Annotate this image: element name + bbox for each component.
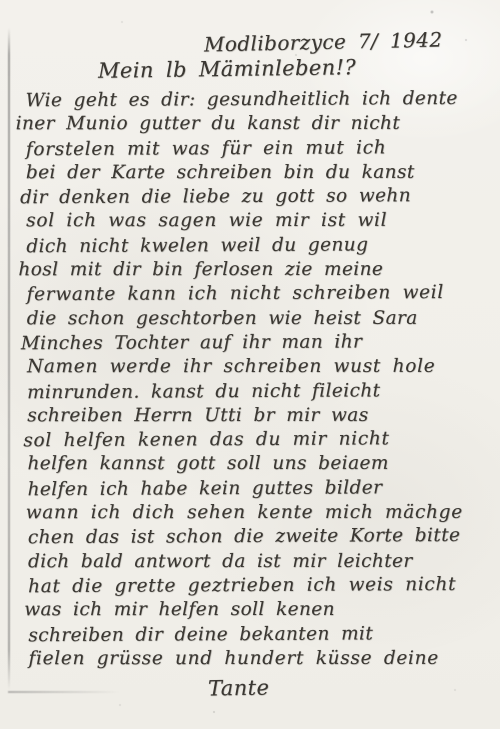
letter-line: Namen werde ihr schreiben wust hole [27, 355, 486, 380]
letter-line: helfen kannst gott soll uns beiaem [27, 452, 486, 477]
page-edge-line [8, 28, 10, 690]
dateline: Modliborzyce 7/ 1942 [204, 28, 443, 57]
letter-body: Wie geht es dir: gesundheitlich ich dent… [25, 87, 487, 673]
letter-line: dich bald antwort da ist mir leichter [28, 549, 487, 574]
letter-line: chen das ist schon die zweite Korte bitt… [28, 524, 487, 551]
letter-line: dich nicht kwelen weil du genug [26, 233, 485, 260]
letter-line: schreiben Herrn Utti br mir was [27, 404, 486, 429]
letter-line: helfen ich habe kein guttes bilder [28, 476, 487, 503]
letter-line: hosl mit dir bin ferlosen zie meine [18, 258, 485, 283]
letter-line: forstelen mit was für ein mut ich [26, 135, 485, 162]
page-bottom-edge-line [8, 691, 120, 693]
letter-line: was ich mir helfen soll kenen [24, 598, 487, 623]
letter-line: ferwante kann ich nicht schreiben weil [26, 281, 485, 308]
letter-line: iner Munio gutter du kanst dir nicht [16, 112, 485, 137]
letter-scan-page: Modliborzyce 7/ 1942 Mein lb Mäminleben!… [0, 0, 500, 729]
letter-line: sol ich was sagen wie mir ist wil [26, 209, 485, 234]
letter-line: fielen grüsse und hundert küsse deine [28, 647, 487, 672]
letter-line: minrunden. kanst du nicht fileicht [27, 378, 486, 405]
letter-line: die schon geschtorben wie heist Sara [27, 306, 486, 331]
letter-line: Minches Tochter auf ihr man ihr [21, 330, 486, 357]
letter-line: bei der Karte schreiben bin du kanst [26, 161, 485, 186]
letter-line: Wie geht es dir: gesundheitlich ich dent… [25, 87, 484, 114]
letter-line: schreiben dir deine bekanten mit [28, 621, 487, 648]
letter-line: sol helfen kenen das du mir nicht [23, 427, 486, 454]
signature: Tante [208, 675, 270, 700]
letter-line: hat die grette geztrieben ich weis nicht [28, 573, 487, 600]
letter-line: wann ich dich sehen kente mich mächge [26, 501, 487, 526]
letter-line: dir denken die liebe zu gott so wehn [20, 184, 485, 211]
salutation: Mein lb Mäminleben!? [98, 55, 356, 83]
